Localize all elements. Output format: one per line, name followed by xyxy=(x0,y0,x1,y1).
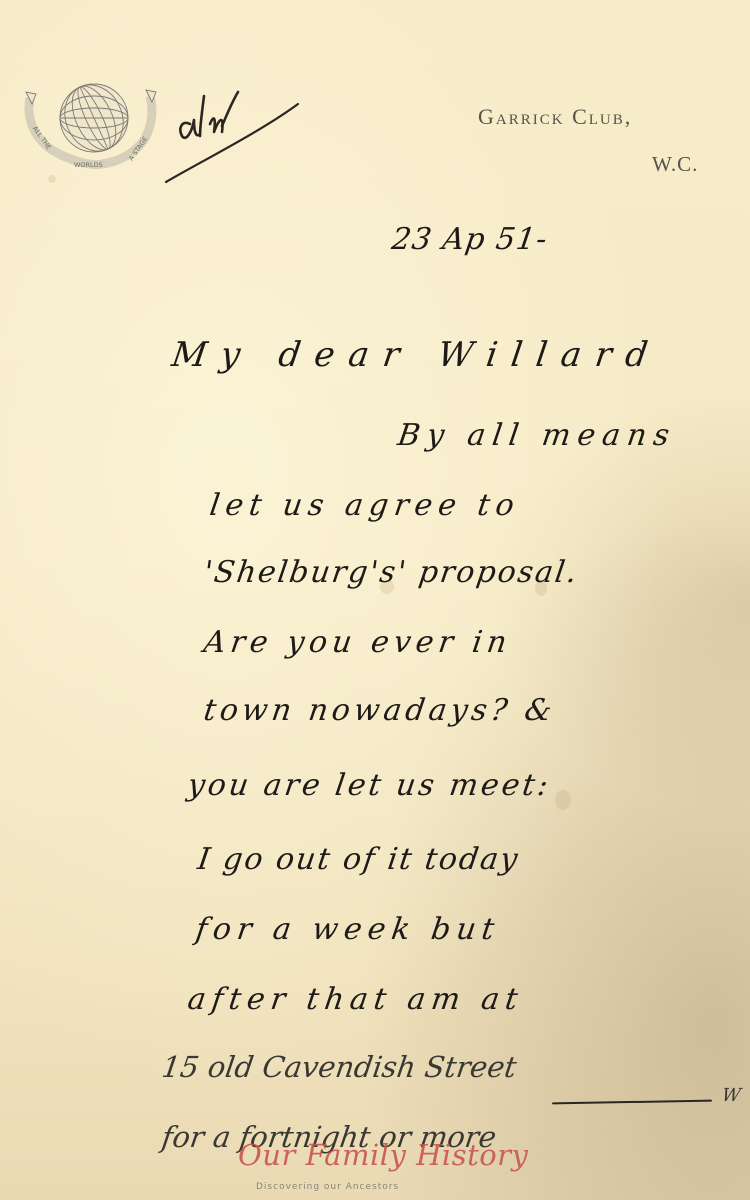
margin-note: W xyxy=(721,1085,743,1106)
letter-line-1: By all means xyxy=(396,418,679,453)
letter-date: 23 Ap 51- xyxy=(390,222,550,257)
letter-line-3: 'Shelburg's' proposal. xyxy=(202,555,581,590)
initials-annotation xyxy=(160,62,305,192)
salutation: My dear Willard xyxy=(169,335,664,375)
letter-line-8: for a week but xyxy=(194,912,503,947)
letter-page: ALL THE WORLDS A STAGE Garrick Club, W.C… xyxy=(0,0,750,1200)
club-district: W.C. xyxy=(652,152,698,177)
paper-stain xyxy=(555,790,571,810)
letter-line-9: after that am at xyxy=(186,982,526,1017)
svg-text:WORLDS: WORLDS xyxy=(74,161,103,169)
globe-crest-icon: ALL THE WORLDS A STAGE xyxy=(22,78,162,178)
watermark-subtitle: Discovering our Ancestors xyxy=(256,1182,399,1192)
letter-line-5: town nowadays? & xyxy=(202,693,558,728)
letter-line-7: I go out of it today xyxy=(196,842,522,877)
street-underline xyxy=(552,1100,712,1105)
letter-line-6: you are let us meet: xyxy=(186,768,554,803)
watermark-title: Our Family History xyxy=(238,1138,528,1172)
club-name: Garrick Club, xyxy=(478,104,632,130)
letter-line-4: Are you ever in xyxy=(202,625,514,660)
letter-line-2: let us agree to xyxy=(208,488,523,523)
letter-line-10: 15 old Cavendish Street xyxy=(160,1050,519,1084)
